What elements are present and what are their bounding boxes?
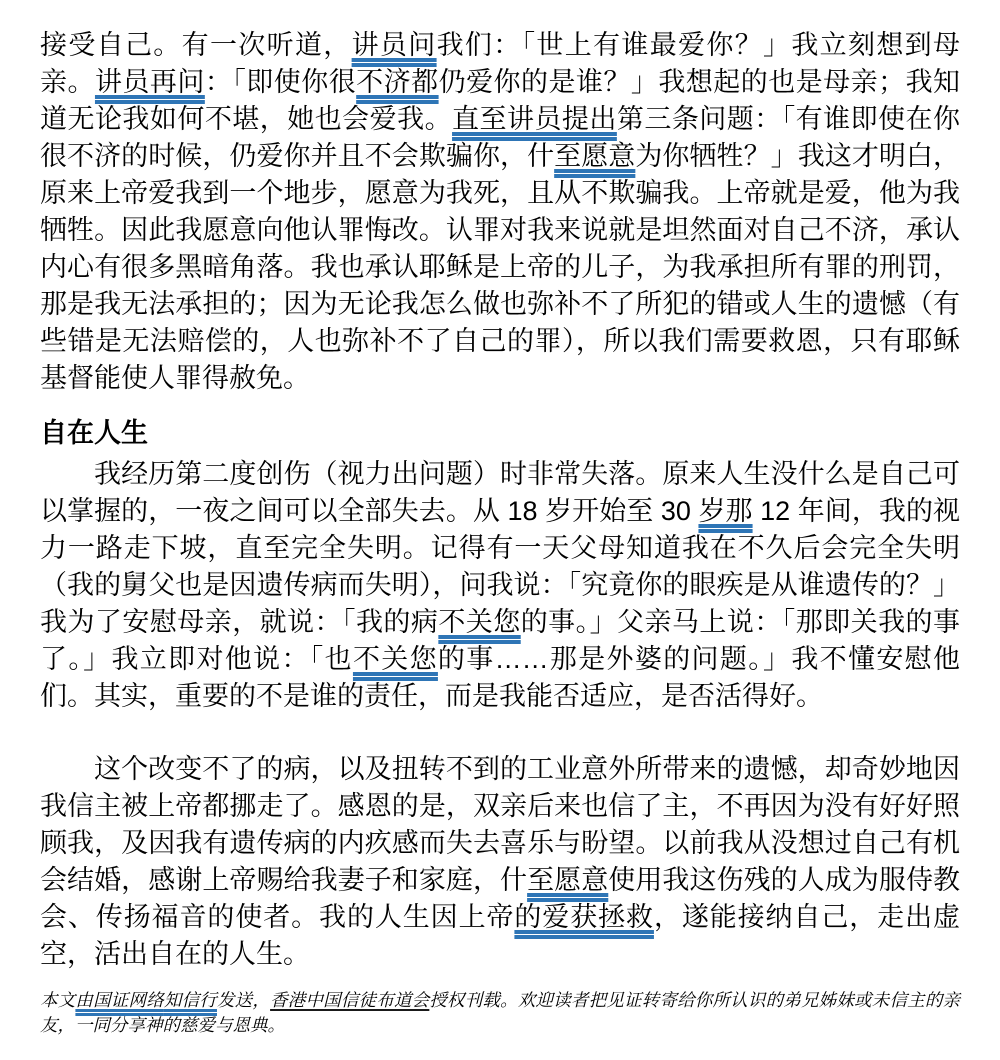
grammar-check-underlined-text: 直至讲员提出 xyxy=(452,104,617,134)
grammar-check-underlined-text: 讲员问 xyxy=(352,30,437,60)
grammar-check-underlined-text: 讲员再问 xyxy=(95,67,205,97)
body-paragraph: 这个改变不了的病，以及扭转不到的工业意外所带来的遗憾，却奇妙地因我信主被上帝都挪… xyxy=(40,751,960,973)
underlined-text: 香港中国信徒布道会 xyxy=(270,990,429,1010)
document-content: 接受自己。有一次听道，讲员问我们：「世上有谁最爱你？」我立刻想到母亲。讲员再问：… xyxy=(40,27,960,1038)
text-run: 自在人生 xyxy=(40,418,148,448)
grammar-check-underlined-text: 不济都 xyxy=(356,67,438,97)
grammar-check-underlined-text: 知信行 xyxy=(164,990,217,1010)
document-page: 接受自己。有一次听道，讲员问我们：「世上有谁最爱你？」我立刻想到母亲。讲员再问：… xyxy=(0,0,1000,1038)
grammar-check-underlined-text: 岁那 xyxy=(698,496,752,526)
text-run: 接受自己。有一次听道， xyxy=(40,30,352,60)
text-run: 为你牺牲？」我这才明白，原来上帝爱我到一个地步，愿意为我死，且从不欺骗我。上帝就… xyxy=(40,141,960,393)
grammar-check-underlined-text: 不关您 xyxy=(353,644,438,674)
grammar-check-underlined-text: 的爱获拯救 xyxy=(514,902,654,932)
section-heading: 自在人生 xyxy=(40,418,960,448)
grammar-check-underlined-text: 至愿意 xyxy=(527,865,608,895)
footer-note: 本文由国证网络知信行发送，香港中国信徒布道会授权刊载。欢迎读者把见证转寄给你所认… xyxy=(40,988,960,1038)
grammar-check-underlined-text: 至愿意 xyxy=(554,141,635,171)
text-run: 本文 xyxy=(40,990,75,1010)
body-paragraph: 接受自己。有一次听道，讲员问我们：「世上有谁最爱你？」我立刻想到母亲。讲员再问：… xyxy=(40,27,960,397)
text-run: ：「即使你很 xyxy=(205,67,356,97)
body-paragraph: 我经历第二度创伤（视力出问题）时非常失落。原来人生没什么是自己可以掌握的，一夜之… xyxy=(40,456,960,715)
text-run: 发送， xyxy=(217,990,270,1010)
grammar-check-underlined-text: 由国证网络 xyxy=(75,990,163,1010)
grammar-check-underlined-text: 不关您 xyxy=(438,607,520,637)
